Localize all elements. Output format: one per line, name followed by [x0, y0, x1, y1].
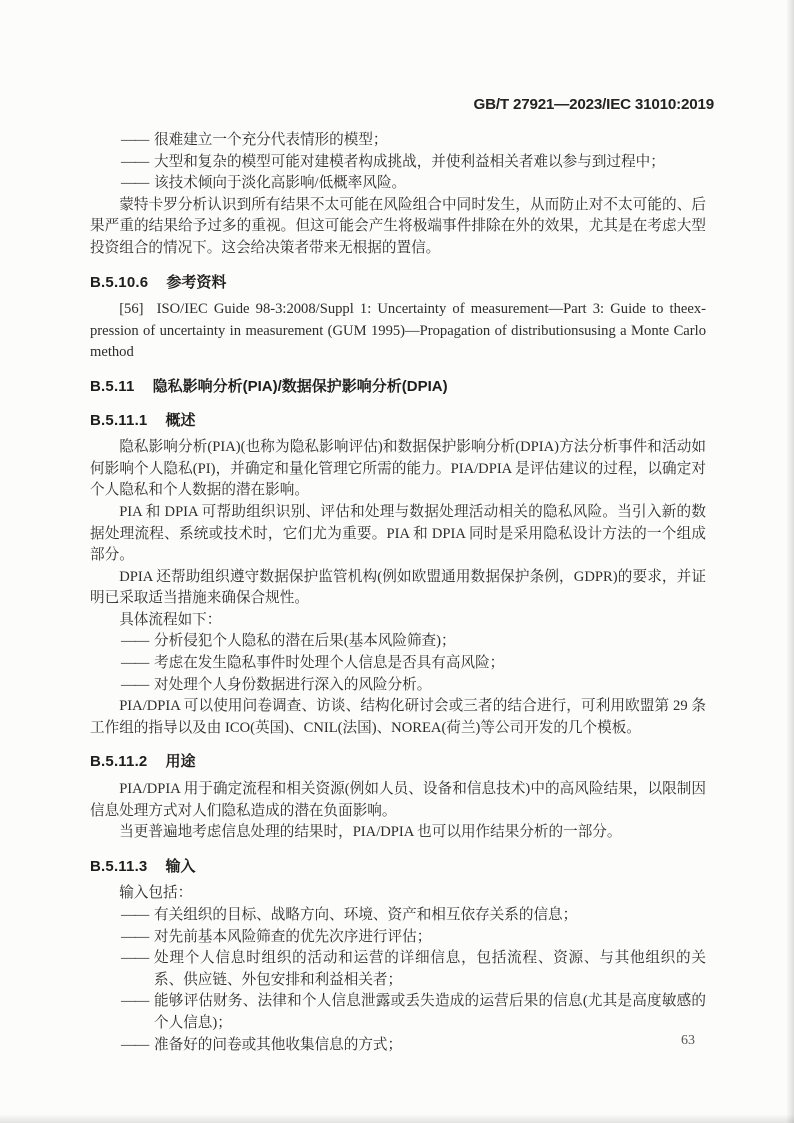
paragraph: 隐私影响分析(PIA)(也称为隐私影响评估)和数据保护影响分析(DPIA)方法分…: [90, 437, 706, 502]
list-item-text: 有关组织的目标、战略方向、环境、资产和相互依存关系的信息；: [154, 907, 577, 923]
section-heading-b5-11-3: B.5.11.3输入: [90, 856, 706, 878]
paragraph: PIA/DPIA 用于确定流程和相关资源(例如人员、设备和信息技术)中的高风险结…: [90, 779, 706, 822]
section-heading-b5-11-1: B.5.11.1概述: [90, 410, 706, 432]
dash-marker: ——: [121, 991, 148, 1013]
inputs-intro: 输入包括：: [90, 883, 706, 905]
list-item-text: 准备好的问卷或其他收集信息的方式；: [154, 1037, 402, 1053]
dash-marker: ——: [121, 173, 148, 195]
paragraph: DPIA 还帮助组织遵守数据保护监管机构(例如欧盟通用数据保护条例，GDPR)的…: [90, 567, 706, 610]
list-item-text: 对处理个人身份数据进行深入的风险分析。: [154, 677, 431, 693]
list-item-text: 大型和复杂的模型可能对建模者构成挑战，并使利益相关者难以参与到过程中；: [154, 154, 665, 170]
process-intro: 具体流程如下：: [90, 610, 706, 632]
dash-marker: ——: [121, 905, 148, 927]
list-item: —— 处理个人信息时组织的活动和运营的详细信息，包括流程、资源、与其他组织的关系…: [90, 948, 706, 991]
paragraph: PIA/DPIA 可以使用问卷调查、访谈、结构化研讨会或三者的结合进行，可利用欧…: [90, 696, 706, 739]
list-item: —— 有关组织的目标、战略方向、环境、资产和相互依存关系的信息；: [90, 905, 706, 927]
page-content: GB/T 27921—2023/IEC 31010:2019 —— 很难建立一个…: [90, 0, 706, 1056]
list-item-text: 对先前基本风险筛查的优先次序进行评估；: [154, 929, 431, 945]
list-item: —— 该技术倾向于淡化高影响/低概率风险。: [90, 173, 706, 195]
dash-marker: ——: [121, 152, 148, 174]
section-title: 概述: [165, 412, 195, 429]
section-heading-b5-11: B.5.11隐私影响分析(PIA)/数据保护影响分析(DPIA): [90, 376, 706, 398]
list-item: —— 很难建立一个充分代表情形的模型；: [90, 130, 706, 152]
list-item: —— 对先前基本风险筛查的优先次序进行评估；: [90, 927, 706, 949]
section-title: 用途: [165, 753, 195, 770]
section-title: 输入: [165, 858, 195, 875]
limitations-list: —— 很难建立一个充分代表情形的模型； —— 大型和复杂的模型可能对建模者构成挑…: [90, 130, 706, 195]
monte-carlo-paragraph: 蒙特卡罗分析认识到所有结果不太可能在风险组合中同时发生，从而防止对不太可能的、后…: [90, 195, 706, 260]
section-number: B.5.10.6: [90, 274, 148, 291]
paragraph: PIA 和 DPIA 可帮助组织识别、评估和处理与数据处理活动相关的隐私风险。当…: [90, 502, 706, 567]
list-item: —— 对处理个人身份数据进行深入的风险分析。: [90, 675, 706, 697]
list-item-text: 分析侵犯个人隐私的潜在后果(基本风险筛查)；: [154, 633, 456, 649]
section-number: B.5.11: [90, 378, 135, 395]
list-item-text: 很难建立一个充分代表情形的模型；: [154, 132, 388, 148]
list-item: —— 大型和复杂的模型可能对建模者构成挑战，并使利益相关者难以参与到过程中；: [90, 152, 706, 174]
list-item: —— 能够评估财务、法律和个人信息泄露或丢失造成的运营后果的信息(尤其是高度敏感…: [90, 991, 706, 1034]
section-number: B.5.11.1: [90, 412, 147, 429]
dash-marker: ——: [121, 948, 148, 970]
dash-marker: ——: [121, 927, 148, 949]
dash-marker: ——: [121, 675, 148, 697]
scan-edge-right: [786, 0, 794, 1123]
document-page: GB/T 27921—2023/IEC 31010:2019 —— 很难建立一个…: [0, 0, 794, 1123]
process-list: —— 分析侵犯个人隐私的潜在后果(基本风险筛查)； —— 考虑在发生隐私事件时处…: [90, 631, 706, 696]
reference-entry: [56]ISO/IEC Guide 98-3:2008/Suppl 1: Unc…: [90, 299, 706, 364]
dash-marker: ——: [121, 130, 148, 152]
section-title: 参考资料: [166, 274, 226, 291]
dash-marker: ——: [121, 653, 148, 675]
list-item-text: 处理个人信息时组织的活动和运营的详细信息，包括流程、资源、与其他组织的关系、供应…: [154, 950, 706, 988]
list-item-text: 该技术倾向于淡化高影响/低概率风险。: [154, 175, 406, 191]
page-header: GB/T 27921—2023/IEC 31010:2019: [90, 96, 714, 113]
list-item: —— 准备好的问卷或其他收集信息的方式；: [90, 1035, 706, 1057]
reference-text: ISO/IEC Guide 98-3:2008/Suppl 1: Uncerta…: [90, 301, 706, 360]
section-number: B.5.11.2: [90, 753, 147, 770]
inputs-list: —— 有关组织的目标、战略方向、环境、资产和相互依存关系的信息； —— 对先前基…: [90, 905, 706, 1056]
list-item: —— 分析侵犯个人隐私的潜在后果(基本风险筛查)；: [90, 631, 706, 653]
list-item: —— 考虑在发生隐私事件时处理个人信息是否具有高风险；: [90, 653, 706, 675]
section-number: B.5.11.3: [90, 858, 147, 875]
page-number: 63: [681, 1032, 695, 1050]
standard-code: GB/T 27921—2023/IEC 31010:2019: [473, 96, 714, 113]
list-item-text: 能够评估财务、法律和个人信息泄露或丢失造成的运营后果的信息(尤其是高度敏感的个人…: [154, 993, 706, 1031]
list-item-text: 考虑在发生隐私事件时处理个人信息是否具有高风险；: [154, 655, 504, 671]
scan-edge-bottom: [0, 1114, 794, 1123]
section-heading-b5-11-2: B.5.11.2用途: [90, 751, 706, 773]
section-title: 隐私影响分析(PIA)/数据保护影响分析(DPIA): [153, 378, 448, 395]
dash-marker: ——: [121, 1035, 148, 1057]
section-heading-b5-10-6: B.5.10.6参考资料: [90, 272, 706, 294]
reference-label: [56]: [119, 301, 143, 317]
dash-marker: ——: [121, 631, 148, 653]
paragraph: 当更普遍地考虑信息处理的结果时，PIA/DPIA 也可以用作结果分析的一部分。: [90, 822, 706, 844]
